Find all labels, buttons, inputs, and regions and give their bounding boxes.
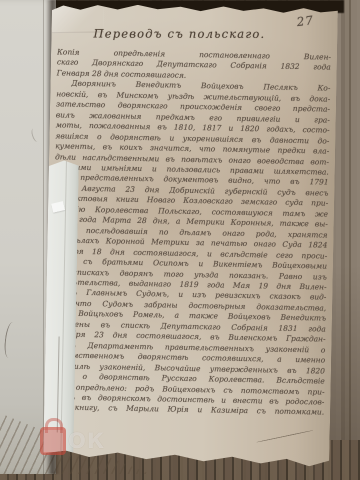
manuscript-page: 27 Переводъ съ польскаго. Копія опредѣле… [43, 1, 338, 466]
ink-stroke-mark [3, 321, 18, 358]
document-title: Переводъ съ польскаго. [89, 27, 269, 41]
signature-flourish [256, 430, 313, 443]
shopping-bag-icon [40, 427, 66, 455]
watermark: ОК [40, 427, 105, 455]
page-crease-line [43, 0, 44, 474]
body-lines: Копія опредѣленія постановленнаго Вилен-… [50, 47, 331, 418]
strip-fold-tab [51, 201, 65, 212]
watermark-letters: ОК [68, 431, 105, 452]
page-number: 27 [296, 14, 315, 28]
photo-archival-manuscript: 27 Переводъ съ польскаго. Копія опредѣле… [0, 0, 360, 480]
pencil-mark [30, 127, 41, 142]
